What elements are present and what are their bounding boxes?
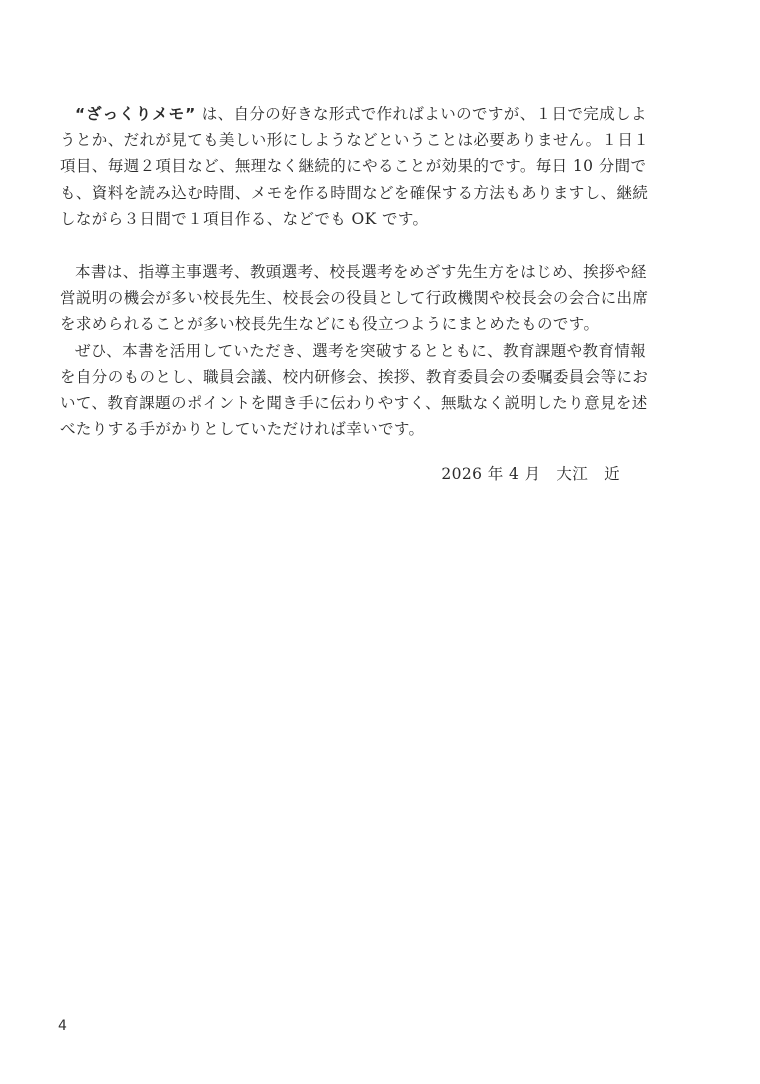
page-number: 4	[58, 1018, 67, 1034]
signature-date: 2026 年 4 月	[441, 465, 540, 483]
paragraph-1-line-4: も、資料を読み込む時間、メモを作る時間などを確保する方法もありますし、継続	[60, 180, 636, 206]
paragraph-3-line-2: を自分のものとし、職員会議、校内研修会、挨拶、教育委員会の委嘱委員会等にお	[60, 364, 636, 390]
paragraph-1-line-2: うとか、だれが見ても美しい形にしようなどということは必要ありません。１日１	[60, 127, 636, 153]
paragraph-3-line-3: いて、教育課題のポイントを聞き手に伝わりやすく、無駄なく説明したり意見を述	[60, 390, 636, 416]
paragraph-3-line-4: べたりする手がかりとしていただければ幸いです。	[60, 416, 636, 442]
paragraph-2-line-1: 本書は、指導主事選考、教頭選考、校長選考をめざす先生方をはじめ、挨拶や経	[60, 259, 636, 285]
paragraph-1-line-3: 項目、毎週２項目など、無理なく継続的にやることが効果的です。毎日 10 分間で	[60, 153, 636, 179]
paragraph-1-line-1: “ざっくりメモ” は、自分の好きな形式で作ればよいのですが、１日で完成しよ	[60, 101, 636, 127]
paragraph-2-line-2: 営説明の機会が多い校長先生、校長会の役員として行政機関や校長会の会合に出席	[60, 285, 636, 311]
zakkuri-memo-term: “ざっくりメモ”	[75, 105, 196, 123]
paragraph-1-line-5: しながら３日間で１項目作る、などでも OK です。	[60, 206, 636, 232]
signature-author: 大江 近	[556, 465, 620, 483]
page-body: “ざっくりメモ” は、自分の好きな形式で作ればよいのですが、１日で完成しよ うと…	[60, 101, 636, 442]
paragraph-2-line-3: を求められることが多い校長先生などにも役立つようにまとめたものです。	[60, 311, 636, 337]
paragraph-spacer	[60, 232, 636, 259]
signature: 2026 年 4 月 大江 近	[441, 462, 620, 484]
paragraph-3-line-1: ぜひ、本書を活用していただき、選考を突破するとともに、教育課題や教育情報	[60, 338, 636, 364]
